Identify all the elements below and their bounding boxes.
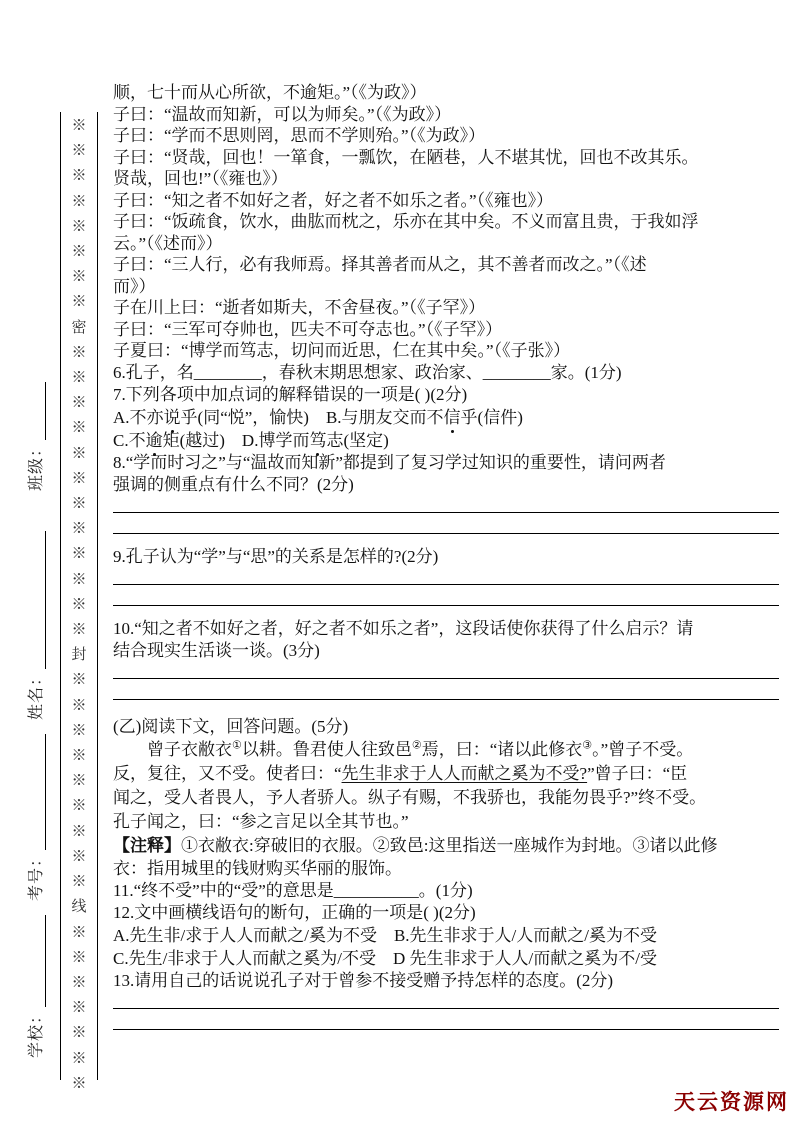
question-7-stem: 7.下列各项中加点词的解释错误的一项是( )(2分) [113, 384, 779, 406]
q7-option-a-dotted-char: 说 [164, 406, 181, 429]
analects-quote-line: 子夏曰：“博学而笃志，切问而近思，仁在其中矣。”（《子张》） [113, 340, 779, 362]
name-blank-line [28, 531, 46, 669]
question-6: 6.孔子，名________，春秋末期思想家、政治家、________家。(1分… [113, 362, 779, 384]
question-7-options-ab: A.不亦说乎(同“悦”，愉快) B.与朋友交而不信乎(信件) [113, 406, 779, 429]
footnote-marker-2: ② [412, 739, 422, 751]
passage-yi-line1: 曾子衣敝衣①以耕。鲁君使人往致邑②焉，曰：“诸以此修衣③。”曾子不受。 [113, 738, 779, 762]
footnote-marker-1: ① [232, 739, 242, 751]
footnotes-text: ①衣敝衣:穿破旧的衣服。②致邑:这里指送一座城作为封地。③诸以此修 [181, 836, 717, 855]
q7-option-b-dotted-char: 信 [444, 406, 461, 429]
option-gap [309, 408, 326, 427]
analects-quote-line: 子曰：“三军可夺帅也，匹夫不可夺志也。”（《子罕》） [113, 319, 779, 341]
answer-line [113, 584, 779, 585]
q7-option-c-dotted-char: 逾 [146, 429, 163, 452]
q7-option-b-text: 乎(信件) [461, 408, 523, 427]
passage-yi-heading: (乙)阅读下文，回答问题。(5分) [113, 716, 779, 738]
passage-text: 焉，曰：“诸以此修衣 [422, 740, 583, 759]
q7-option-d-text: 志(坚定) [326, 431, 388, 450]
analects-quote-line: 子曰：“学而不思则罔，思而不学则殆。”（《为政》） [113, 125, 779, 147]
question-10-line1: 10.“知之者不如好之者，好之者不如乐之者”，这段话使你获得了什么启示？请 [113, 618, 779, 640]
question-13-stem: 13.请用自己的话说说孔子对于曾参不接受赠予持怎样的态度。(2分) [113, 970, 779, 992]
q7-option-c-text: 矩(越过) [163, 431, 225, 450]
footnote-marker-3: ③ [582, 739, 592, 751]
analects-quote-line: 贤哉，回也!”（《雍也》） [113, 168, 779, 190]
question-9-stem: 9.孔子认为“学”与“思”的关系是怎样的?(2分) [113, 546, 779, 568]
analects-quote-line: 子曰：“贤哉，回也！一箪食，一瓢饮，在陋巷，人不堪其忧，回也不改其乐。 [113, 147, 779, 169]
question-11: 11.“终不受”中的“受”的意思是__________。(1分) [113, 880, 779, 902]
question-8-line1: 8.“学而时习之”与“温故而知新”都提到了复习学过知识的重要性，请问两者 [113, 452, 779, 474]
passage-text: ”曾子曰：“臣 [587, 764, 687, 783]
student-info-strip: 学校： 考号： 姓名： 班级： [14, 276, 46, 1058]
question-7-options-cd: C.不逾矩(越过) D.博学而笃志(坚定) [113, 429, 779, 452]
site-watermark: 天云资源网 [674, 1086, 789, 1116]
q7-option-d-dotted-char: 笃 [309, 429, 326, 452]
analects-quote-line: 子在川上曰：“逝者如斯夫，不舍昼夜。”（《子罕》） [113, 297, 779, 319]
analects-quote-line: 子曰：“饭疏食，饮水，曲肱而枕之，乐亦在其中矣。不义而富且贵，于我如浮 [113, 211, 779, 233]
passage-text: 曾子衣敝衣 [147, 740, 232, 759]
class-label: 班级： [23, 440, 46, 491]
underlined-sentence: 先生非求于人人而献之奚为不受? [342, 764, 588, 783]
passage-yi-line3: 闻之，受人者畏人，予人者骄人。纵子有赐，不我骄也，我能勿畏乎?”终不受。 [113, 786, 779, 810]
question-12-options-ab: A.先生非/求于人人而献之/奚为不受 B.先生非求于人/人而献之/奚为不受 [113, 924, 779, 947]
passage-yi-line2: 反，复往，又不受。使者曰：“先生非求于人人而献之奚为不受?”曾子曰：“臣 [113, 762, 779, 786]
answer-line [113, 512, 779, 513]
question-10-line2: 结合现实生活谈一谈。(3分) [113, 640, 779, 662]
analects-quote-line: 子曰：“三人行，必有我师焉。择其善者而从之，其不善者而改之。”（《述 [113, 254, 779, 276]
passage-yi-line4: 孔子闻之，曰：“参之言足以全其节也。” [113, 810, 779, 834]
class-blank-line [28, 382, 46, 440]
answer-line [113, 678, 779, 679]
name-label: 姓名： [23, 669, 46, 720]
footnotes-line1: 【注释】①衣敝衣:穿破旧的衣服。②致邑:这里指送一座城作为封地。③诸以此修 [113, 834, 779, 857]
exam-content: 顺，七十而从心所欲，不逾矩。”（《为政》） 子曰：“温故而知新，可以为师矣。”（… [113, 82, 779, 1030]
analects-quote-line: 顺，七十而从心所欲，不逾矩。”（《为政》） [113, 82, 779, 104]
seal-marks: ※※※※※※※※密※※※※※※※※※※※※封※※※※※※※※※线※※※※※※※ [71, 114, 88, 1097]
analects-quote-line: 而》） [113, 276, 779, 298]
answer-line [113, 1029, 779, 1030]
footnotes-line2: 衣：指用城里的钱财购买华丽的服饰。 [113, 857, 779, 880]
option-gap [225, 431, 242, 450]
question-12-stem: 12.文中画横线语句的断句，正确的一项是( )(2分) [113, 902, 779, 924]
analects-quote-line: 子曰：“温故而知新，可以为师矣。”（《为政》） [113, 104, 779, 126]
q7-option-a-text: A.不亦 [113, 408, 164, 427]
exam-number-blank-line [28, 734, 46, 850]
school-blank-line [28, 915, 46, 1007]
answer-line [113, 533, 779, 534]
q7-option-a-text: 乎(同“悦”，愉快) [181, 408, 309, 427]
q7-option-d-text: D.博学而 [242, 431, 310, 450]
analects-quote-line: 子曰：“知之者不如好之者，好之者不如乐之者。”（《雍也》） [113, 190, 779, 212]
answer-line [113, 605, 779, 606]
question-8-line2: 强调的侧重点有什么不同？(2分) [113, 474, 779, 496]
q7-option-b-text: B.与朋友交而不 [326, 408, 444, 427]
answer-line [113, 699, 779, 700]
school-label: 学校： [23, 1007, 46, 1058]
exam-number-label: 考号： [23, 850, 46, 901]
passage-text: 以耕。鲁君使人往致邑 [242, 740, 412, 759]
footnotes-label: 【注释】 [113, 836, 181, 855]
passage-text: 反，复往，又不受。使者曰：“ [113, 764, 342, 783]
question-12-options-cd: C.先生/非求于人人而献之奚为/不受 D 先生非求于人人/而献之奚为不/受 [113, 947, 779, 970]
passage-text: 。”曾子不受。 [592, 740, 693, 759]
answer-line [113, 1008, 779, 1009]
q7-option-c-text: C.不 [113, 431, 146, 450]
seal-line-column: ※※※※※※※※密※※※※※※※※※※※※封※※※※※※※※※线※※※※※※※ [60, 112, 98, 1080]
exam-paper-page: 学校： 考号： 姓名： 班级： ※※※※※※※※密※※※※※※※※※※※※封※※… [0, 0, 793, 1122]
analects-quote-line: 云。”（《述而》） [113, 233, 779, 255]
